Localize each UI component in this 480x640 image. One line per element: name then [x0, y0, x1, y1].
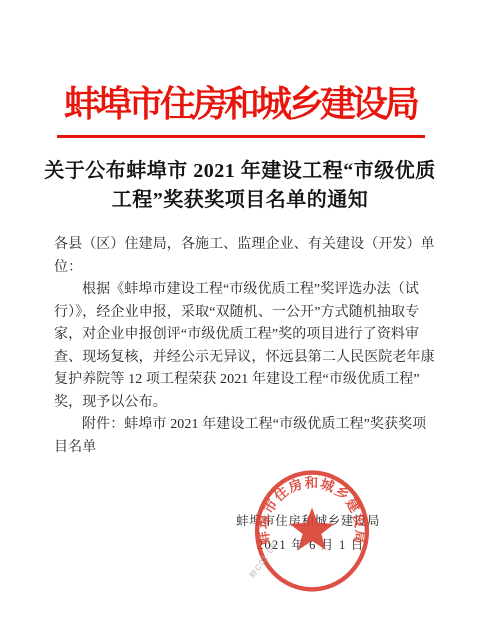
letterhead-divider	[57, 135, 425, 138]
body-line: 位：	[54, 257, 438, 280]
doc-title-line2: 工程”奖获奖项目名单的通知	[28, 186, 452, 215]
body-line: 家，对企业申报创评“市级优质工程”奖的项目进行了资料审	[54, 324, 438, 347]
body-line: 查、现场复核，并经公示无异议，怀远县第二人民医院老年康	[54, 347, 438, 370]
star-icon	[290, 507, 335, 550]
body-line: 目名单	[54, 437, 438, 460]
body-line: 行）》，经企业申报，采取“双随机、一公开”方式随机抽取专	[54, 302, 438, 325]
doc-title-line1: 关于公布蚌埠市 2021 年建设工程“市级优质	[28, 157, 452, 186]
body-line: 奖，现予以公布。	[54, 392, 438, 415]
body-line: 附件：蚌埠市 2021 年建设工程“市级优质工程”奖获奖项	[54, 414, 438, 437]
doc-title: 关于公布蚌埠市 2021 年建设工程“市级优质 工程”奖获奖项目名单的通知	[28, 157, 452, 215]
body-line: 根据《蚌埠市建设工程“市级优质工程”奖评选办法（试	[54, 279, 438, 302]
body-line: 各县（区）住建局，各施工、监理企业、有关建设（开发）单	[54, 234, 438, 257]
body-text: 各县（区）住建局，各施工、监理企业、有关建设（开发）单 位： 根据《蚌埠市建设工…	[54, 234, 438, 459]
body-line: 复护养院等 12 项工程荣获 2021 年建设工程“市级优质工程”	[54, 369, 438, 392]
official-seal: 蚌埠市住房和城乡建设局	[251, 467, 373, 595]
letterhead-org-name: 蚌埠市住房和城乡建设局	[0, 76, 480, 127]
